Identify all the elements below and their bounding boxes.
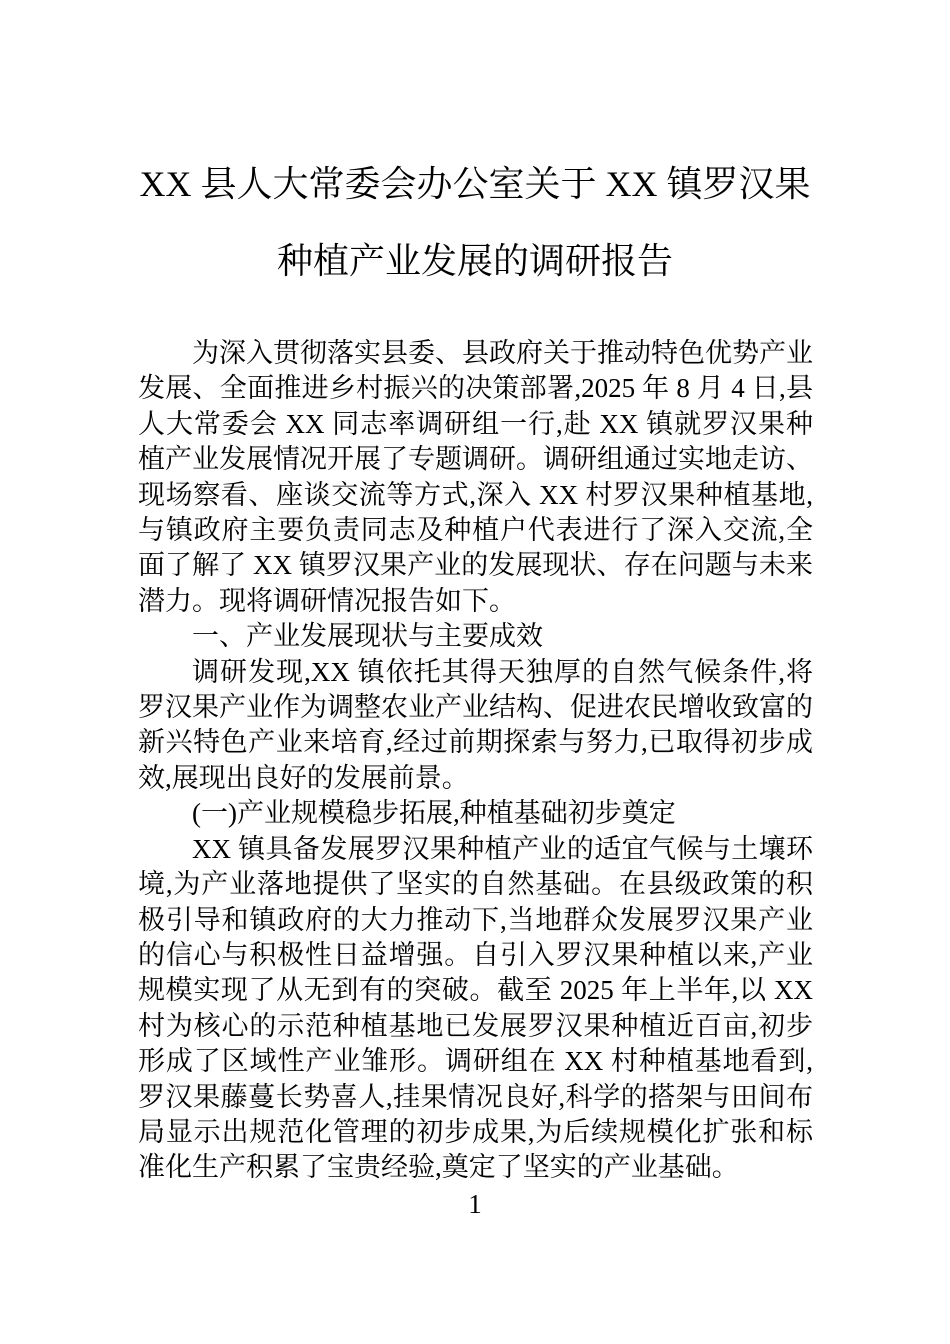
page-number: 1 [0, 1186, 950, 1222]
document-title-line-2: 种植产业发展的调研报告 [0, 223, 950, 300]
subsection-heading: (一)产业规模稳步拓展,种植基础初步奠定 [138, 796, 813, 831]
intro-paragraph: 为深入贯彻落实县委、县政府关于推动特色优势产业发展、全面推进乡村振兴的决策部署,… [138, 336, 813, 619]
section-heading: 一、产业发展现状与主要成效 [138, 619, 813, 654]
document-title-line-1: XX 县人大常委会办公室关于 XX 镇罗汉果 [0, 146, 950, 223]
document-body: 为深入贯彻落实县委、县政府关于推动特色优势产业发展、全面推进乡村振兴的决策部署,… [138, 336, 813, 1186]
section-body-paragraph: 调研发现,XX 镇依托其得天独厚的自然气候条件,将罗汉果产业作为调整农业产业结构… [138, 655, 813, 797]
document-page: XX 县人大常委会办公室关于 XX 镇罗汉果 种植产业发展的调研报告 为深入贯彻… [0, 0, 950, 1344]
document-title: XX 县人大常委会办公室关于 XX 镇罗汉果 种植产业发展的调研报告 [0, 0, 950, 300]
subsection-body-paragraph: XX 镇具备发展罗汉果种植产业的适宜气候与土壤环境,为产业落地提供了坚实的自然基… [138, 832, 813, 1186]
